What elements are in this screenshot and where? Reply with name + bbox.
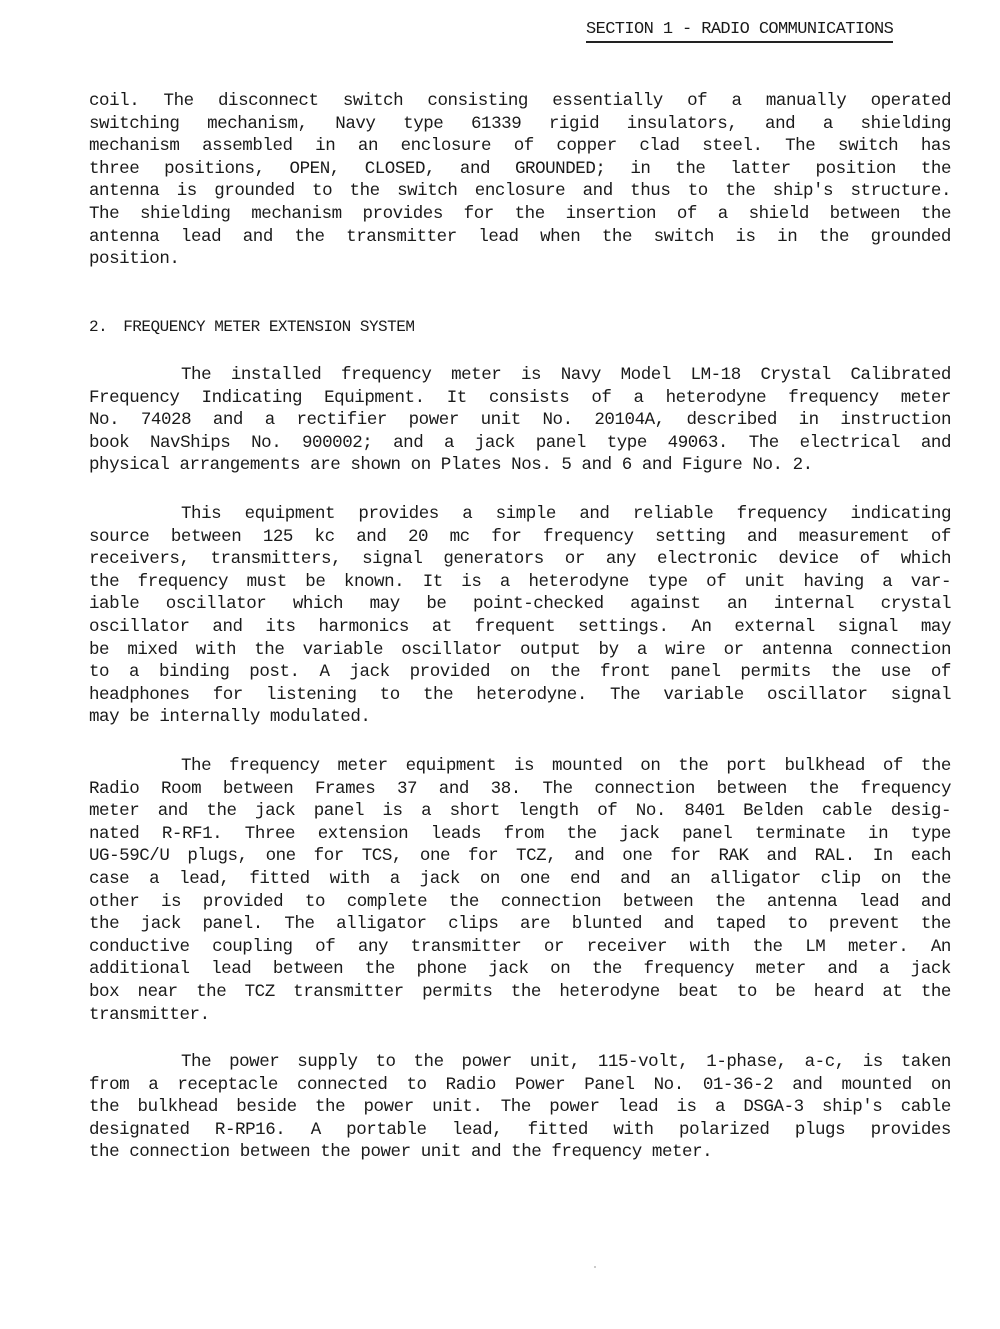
text-line: iable oscillator which may be point-chec…	[89, 593, 951, 615]
text-line: oscillator and its harmonics at frequent…	[89, 616, 951, 638]
text-line: be mixed with the variable oscillator ou…	[89, 639, 951, 661]
text-line: No. 74028 and a rectifier power unit No.…	[89, 409, 951, 431]
scan-speck	[594, 1266, 596, 1268]
text-line: case a lead, fitted with a jack on one e…	[89, 868, 951, 890]
text-line: switching mechanism, Navy type 61339 rig…	[89, 113, 951, 135]
text-line: receivers, transmitters, signal generato…	[89, 548, 951, 570]
text-line: position.	[89, 248, 951, 270]
text-line: additional lead between the phone jack o…	[89, 958, 951, 980]
text-line: source between 125 kc and 20 mc for freq…	[89, 526, 951, 548]
text-line: conductive coupling of any transmitter o…	[89, 936, 951, 958]
text-line: physical arrangements are shown on Plate…	[89, 454, 951, 476]
text-line: designated R-RP16. A portable lead, fitt…	[89, 1119, 951, 1141]
text-line: book NavShips No. 900002; and a jack pan…	[89, 432, 951, 454]
text-line: the connection between the power unit an…	[89, 1141, 951, 1163]
text-line: may be internally modulated.	[89, 706, 951, 728]
text-line: Frequency Indicating Equipment. It consi…	[89, 387, 951, 409]
text-line: Radio Room between Frames 37 and 38. The…	[89, 778, 951, 800]
text-line: The power supply to the power unit, 115-…	[181, 1051, 951, 1073]
text-line: The frequency meter equipment is mounted…	[181, 755, 951, 777]
text-line: the frequency must be known. It is a het…	[89, 571, 951, 593]
text-line: antenna is grounded to the switch enclos…	[89, 180, 951, 202]
text-line: UG-59C/U plugs, one for TCS, one for TCZ…	[89, 845, 951, 867]
text-line: other is provided to complete the connec…	[89, 891, 951, 913]
text-line: from a receptacle connected to Radio Pow…	[89, 1074, 951, 1096]
text-line: This equipment provides a simple and rel…	[181, 503, 951, 525]
text-line: The installed frequency meter is Navy Mo…	[181, 364, 951, 386]
section-heading: 2.FREQUENCY METER EXTENSION SYSTEM	[89, 318, 414, 336]
text-line: nated R-RF1. Three extension leads from …	[89, 823, 951, 845]
text-line: transmitter.	[89, 1004, 951, 1026]
text-line: mechanism assembled in an enclosure of c…	[89, 135, 951, 157]
text-line: headphones for listening to the heterody…	[89, 684, 951, 706]
section-header: SECTION 1 - RADIO COMMUNICATIONS	[586, 20, 893, 43]
section-title: FREQUENCY METER EXTENSION SYSTEM	[123, 318, 414, 336]
text-line: to a binding post. A jack provided on th…	[89, 661, 951, 683]
text-line: meter and the jack panel is a short leng…	[89, 800, 951, 822]
text-line: The shielding mechanism provides for the…	[89, 203, 951, 225]
text-line: the bulkhead beside the power unit. The …	[89, 1096, 951, 1118]
text-line: the jack panel. The alligator clips are …	[89, 913, 951, 935]
text-line: antenna lead and the transmitter lead wh…	[89, 226, 951, 248]
text-line: coil. The disconnect switch consisting e…	[89, 90, 951, 112]
section-number: 2.	[89, 318, 107, 336]
text-line: box near the TCZ transmitter permits the…	[89, 981, 951, 1003]
text-line: three positions, OPEN, CLOSED, and GROUN…	[89, 158, 951, 180]
